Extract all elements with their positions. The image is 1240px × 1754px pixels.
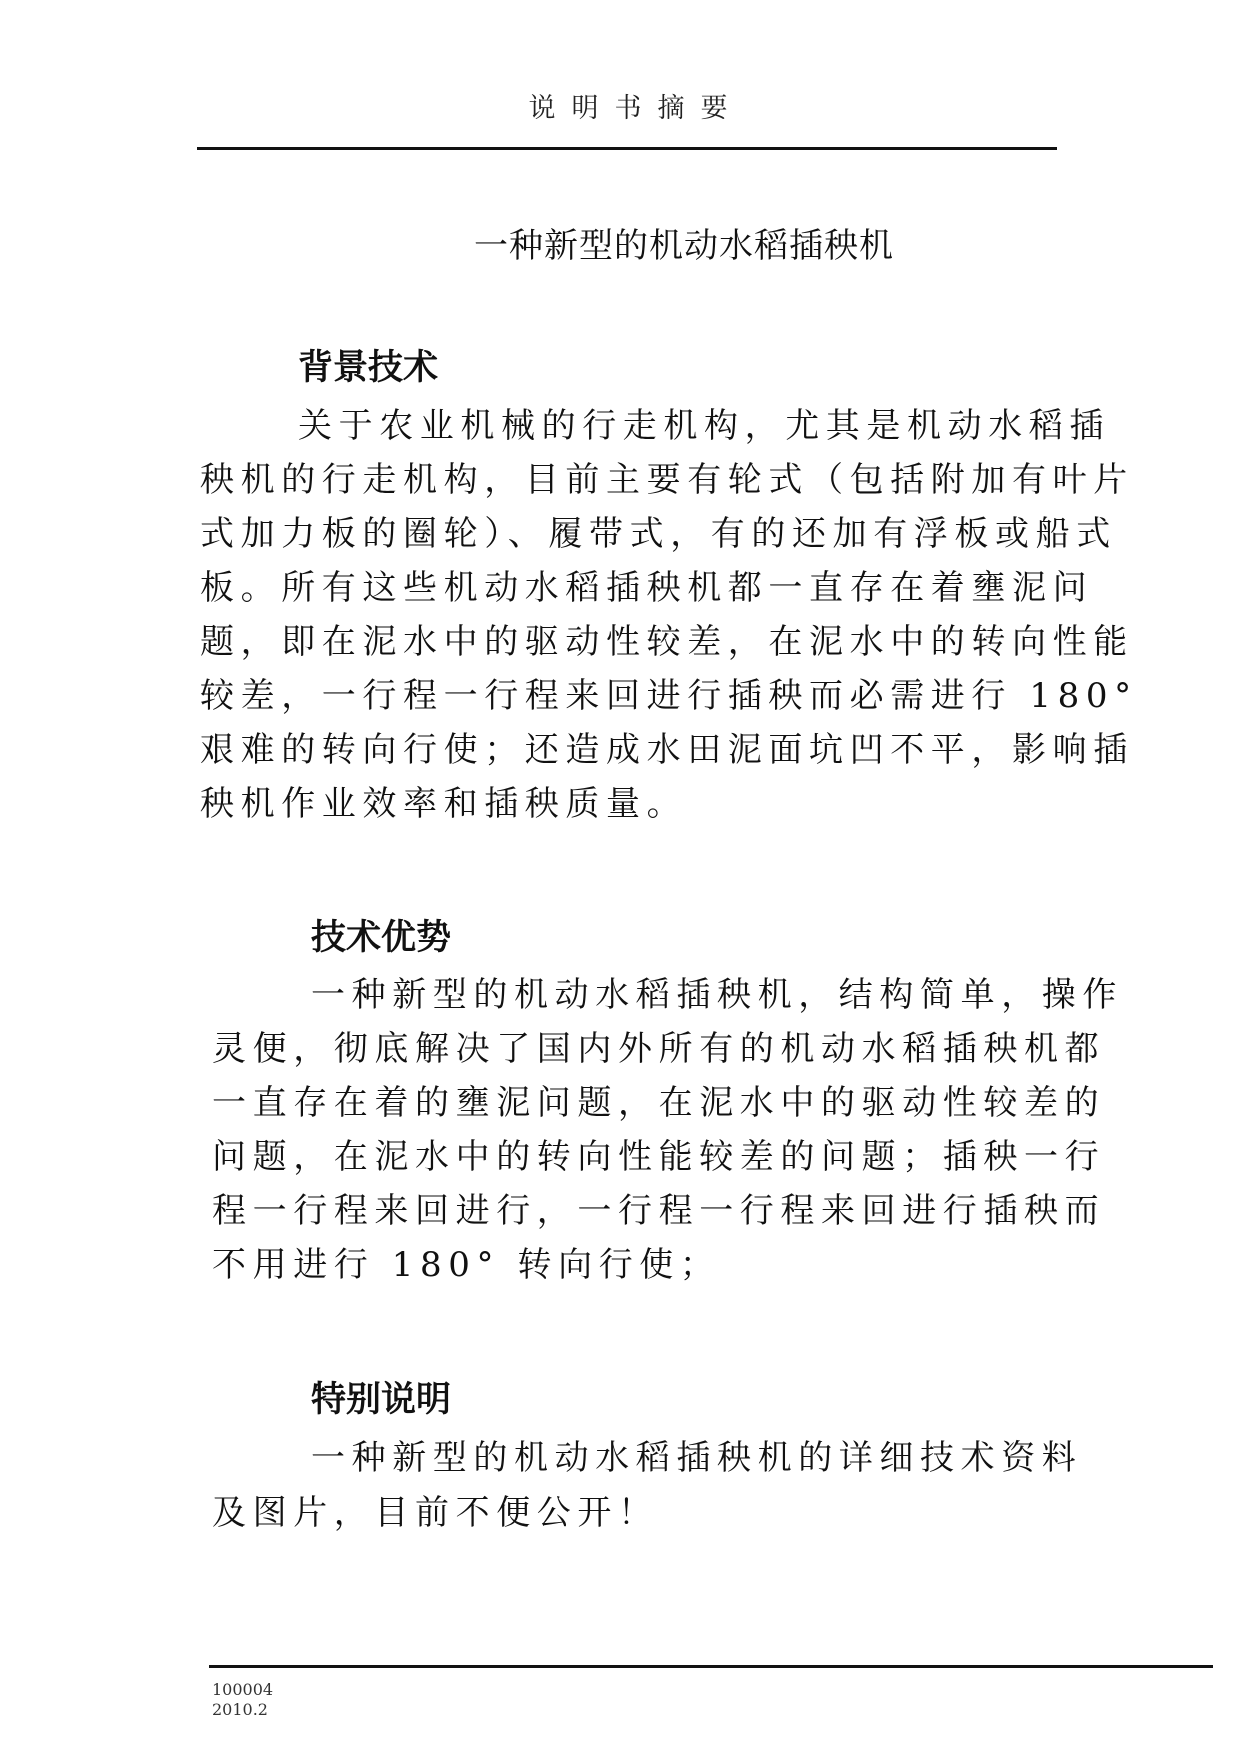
paragraph-line: 不用进行 180° 转向行使；: [212, 1237, 721, 1286]
paragraph-line: 秧机的行走机构，目前主要有轮式（包括附加有叶片: [200, 452, 1134, 501]
document-title: 一种新型的机动水稻插秧机: [0, 218, 1240, 267]
paragraph-line: 一种新型的机动水稻插秧机，结构简单，操作: [311, 967, 1123, 1016]
paragraph-line: 一种新型的机动水稻插秧机的详细技术资料: [311, 1430, 1082, 1479]
page-header-label: 说明书摘要: [0, 86, 1240, 125]
footer-date: 2010.2: [212, 1700, 268, 1719]
section-heading-advantages: 技术优势: [311, 910, 451, 960]
paragraph-line: 式加力板的圈轮）、履带式，有的还加有浮板或船式: [200, 506, 1117, 555]
header-divider: [197, 147, 1057, 150]
paragraph-line: 灵便，彻底解决了国内外所有的机动水稻插秧机都: [212, 1021, 1105, 1070]
paragraph-line: 板。所有这些机动水稻插秧机都一直存在着壅泥问: [200, 560, 1093, 609]
paragraph-line: 较差，一行程一行程来回进行插秧而必需进行 180°: [200, 668, 1138, 717]
paragraph-line: 问题，在泥水中的转向性能较差的问题；插秧一行: [212, 1129, 1105, 1178]
footer-divider: [209, 1665, 1213, 1668]
footer-code: 100004: [212, 1680, 273, 1699]
paragraph-line: 艰难的转向行使；还造成水田泥面坑凹不平，影响插: [200, 722, 1134, 771]
paragraph-line: 关于农业机械的行走机构，尤其是机动水稻插: [298, 398, 1110, 447]
paragraph-line: 题，即在泥水中的驱动性较差，在泥水中的转向性能: [200, 614, 1134, 663]
paragraph-line: 秧机作业效率和插秧质量。: [200, 776, 687, 825]
paragraph-line: 程一行程来回进行，一行程一行程来回进行插秧而: [212, 1183, 1105, 1232]
section-heading-special-note: 特别说明: [311, 1372, 451, 1422]
paragraph-line: 一直存在着的壅泥问题，在泥水中的驱动性较差的: [212, 1075, 1105, 1124]
section-heading-background: 背景技术: [298, 340, 438, 390]
paragraph-line: 及图片，目前不便公开！: [212, 1485, 659, 1534]
